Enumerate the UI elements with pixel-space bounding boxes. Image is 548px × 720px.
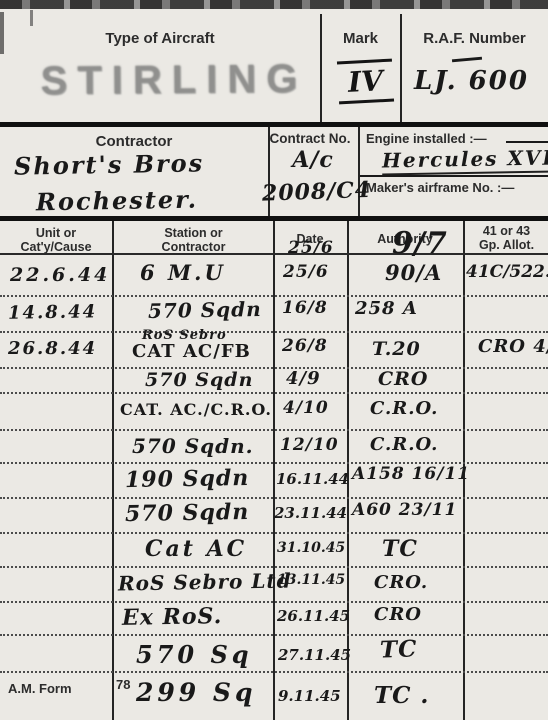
cell-date: 26.11.45 — [277, 607, 350, 625]
cell-authority: CRO. — [374, 572, 428, 593]
scan-artifact-band — [0, 0, 548, 9]
cell-station: 570 Sq — [136, 640, 253, 669]
cell-station: Ex RoS. — [122, 603, 223, 631]
cell-authority: A60 23/11 — [352, 500, 457, 520]
cell-date: 13.11.45 — [277, 572, 345, 588]
cell-authority: TC . — [374, 682, 429, 709]
cell-authority: 258 A — [355, 298, 418, 319]
cell-authority: C.R.O. — [370, 434, 438, 455]
row-rule — [0, 497, 548, 499]
cell-date: 26/8 — [282, 336, 328, 356]
cell-date: 23.11.44 — [274, 504, 347, 522]
cell-date: 4/10 — [283, 398, 329, 418]
col-header-allot-line1: 41 or 43 — [483, 224, 530, 238]
cell-date: 27.11.45 — [278, 646, 351, 664]
cell-date-above: 25/6 — [288, 238, 334, 258]
cell-date: 16.11.44 — [276, 470, 349, 488]
mark-label: Mark — [321, 30, 400, 47]
cell-station: 570 Sqdn — [125, 499, 250, 527]
cell-allot: 41C/522. — [466, 262, 548, 282]
col-header-station-line1: Station or — [164, 226, 222, 240]
cell-station: 570 Sqdn — [148, 297, 262, 323]
row-rule — [0, 671, 548, 673]
raf-number-value: LJ. 600 — [414, 66, 529, 96]
form-rule — [360, 175, 548, 177]
contractor-label: Contractor — [0, 133, 268, 150]
cell-authority: A158 16/11 — [352, 464, 470, 484]
cell-authority: TC — [382, 536, 418, 562]
engine-value: Hercules XVI — [382, 146, 548, 176]
cell-date: 25/6 — [283, 262, 329, 282]
scan-artifact-mark — [30, 10, 33, 26]
cell-station: 570 Sqdn. — [132, 434, 254, 458]
cell-date: 31.10.45 — [277, 540, 345, 556]
cell-date: 16/8 — [282, 298, 328, 318]
cell-station: 6 M.U — [140, 260, 226, 285]
row-rule — [0, 331, 548, 333]
contractor-value-line2: Rochester. — [36, 185, 198, 217]
engine-installed-label: Engine installed :— — [366, 131, 487, 146]
row-rule — [0, 634, 548, 636]
cell-allot: CRO 4/ — [478, 336, 548, 357]
form-number-label: A.M. Form — [8, 681, 72, 696]
cell-authority: CRO — [374, 604, 422, 625]
cell-station: 570 Sqdn — [145, 369, 253, 391]
col-header-station-line2: Contractor — [162, 240, 226, 254]
makers-airframe-label: Maker's airframe No. :— — [366, 180, 514, 195]
cell-authority: 90/A — [385, 260, 442, 285]
cell-station: CAT AC/FB — [132, 341, 251, 362]
cell-date: 12/10 — [280, 435, 339, 455]
cell-authority: C.R.O. — [370, 398, 438, 419]
type-of-aircraft-label: Type of Aircraft — [0, 30, 320, 47]
cell-station: 190 Sqdn — [125, 465, 250, 493]
contractor-value-line1: Short's Bros — [14, 148, 205, 180]
cell-unit: 14.8.44 — [8, 301, 98, 324]
cell-date: 9.11.45 — [278, 687, 341, 705]
contract-no-label: Contract No. — [262, 131, 358, 146]
cell-unit: 22.6.44 — [10, 264, 110, 286]
aircraft-type-stamp: STIRLING — [24, 57, 324, 105]
row-rule — [0, 429, 548, 431]
cell-station: Cat AC — [145, 536, 247, 562]
col-header-unit: Unit orCat'y/Cause — [0, 226, 112, 254]
row-rule — [0, 392, 548, 394]
form-number-value: 78 — [116, 677, 130, 692]
contract-no-value-line1: A/c — [268, 147, 358, 173]
section-divider — [0, 122, 548, 127]
col-header-station: Station orContractor — [114, 226, 273, 254]
mark-value: IV — [337, 59, 394, 105]
cell-station: RoS Sebro Ltd — [118, 568, 292, 595]
cell-station: 299 Sq — [136, 678, 256, 707]
form-rule — [506, 141, 548, 143]
cell-authority-above: 9/7 — [392, 226, 448, 261]
cell-authority: T.20 — [372, 338, 421, 360]
col-header-unit-line2: Cat'y/Cause — [20, 240, 91, 254]
cell-station: CAT. AC./C.R.O. — [120, 400, 272, 419]
contract-no-value-line2: 2008/C4 — [262, 177, 359, 206]
aircraft-record-card: Type of Aircraft Mark R.A.F. Number STIR… — [0, 0, 548, 720]
row-rule — [0, 566, 548, 568]
column-divider — [358, 127, 360, 217]
row-rule — [0, 367, 548, 369]
cell-date: 4/9 — [286, 368, 321, 389]
cell-authority: TC — [380, 635, 418, 663]
row-rule — [0, 601, 548, 603]
row-rule — [0, 295, 548, 297]
col-header-allot: 41 or 43Gp. Allot. — [465, 224, 548, 252]
handwriting-overline — [452, 57, 482, 63]
col-header-allot-line2: Gp. Allot. — [479, 238, 534, 252]
col-header-unit-line1: Unit or — [36, 226, 76, 240]
row-rule — [0, 532, 548, 534]
header-rule — [0, 253, 548, 255]
cell-authority: CRO — [378, 368, 428, 390]
raf-number-label: R.A.F. Number — [401, 30, 548, 47]
cell-unit: 26.8.44 — [8, 338, 97, 359]
